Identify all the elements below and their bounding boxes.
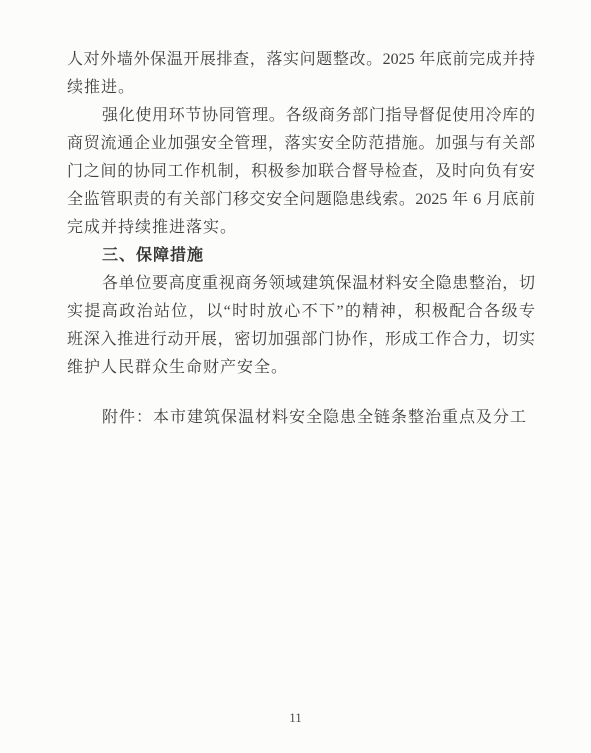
paragraph-line: 续推进。 [67, 74, 535, 102]
paragraph-line: 门之间的协同工作机制，积极参加联合督导检查，及时向负有安 [67, 158, 535, 186]
paragraph-line: 实提高政治站位，以“时时放心不下”的精神，积极配合各级专 [67, 298, 535, 326]
page-number: 11 [0, 710, 591, 726]
paragraph-line: 商贸流通企业加强安全管理，落实安全防范措施。加强与有关部 [67, 130, 535, 158]
paragraph-line: 强化使用环节协同管理。各级商务部门指导督促使用冷库的 [67, 102, 535, 130]
paragraph-line: 班深入推进行动开展，密切加强部门协作，形成工作合力，切实 [67, 326, 535, 354]
document-page: 人对外墙外保温开展排查，落实问题整改。2025 年底前完成并持 续推进。 强化使… [0, 0, 591, 753]
paragraph-line: 人对外墙外保温开展排查，落实问题整改。2025 年底前完成并持 [67, 46, 535, 74]
document-body: 人对外墙外保温开展排查，落实问题整改。2025 年底前完成并持 续推进。 强化使… [67, 46, 535, 432]
attachment-line: 附件：本市建筑保温材料安全隐患全链条整治重点及分工 [67, 404, 535, 432]
paragraph-line: 全监管职责的有关部门移交安全问题隐患线索。2025 年 6 月底前 [67, 186, 535, 214]
paragraph-line: 各单位要高度重视商务领域建筑保温材料安全隐患整治，切 [67, 270, 535, 298]
section-heading: 三、保障措施 [67, 242, 535, 270]
paragraph-line: 完成并持续推进落实。 [67, 214, 535, 242]
paragraph-line: 维护人民群众生命财产安全。 [67, 354, 535, 382]
